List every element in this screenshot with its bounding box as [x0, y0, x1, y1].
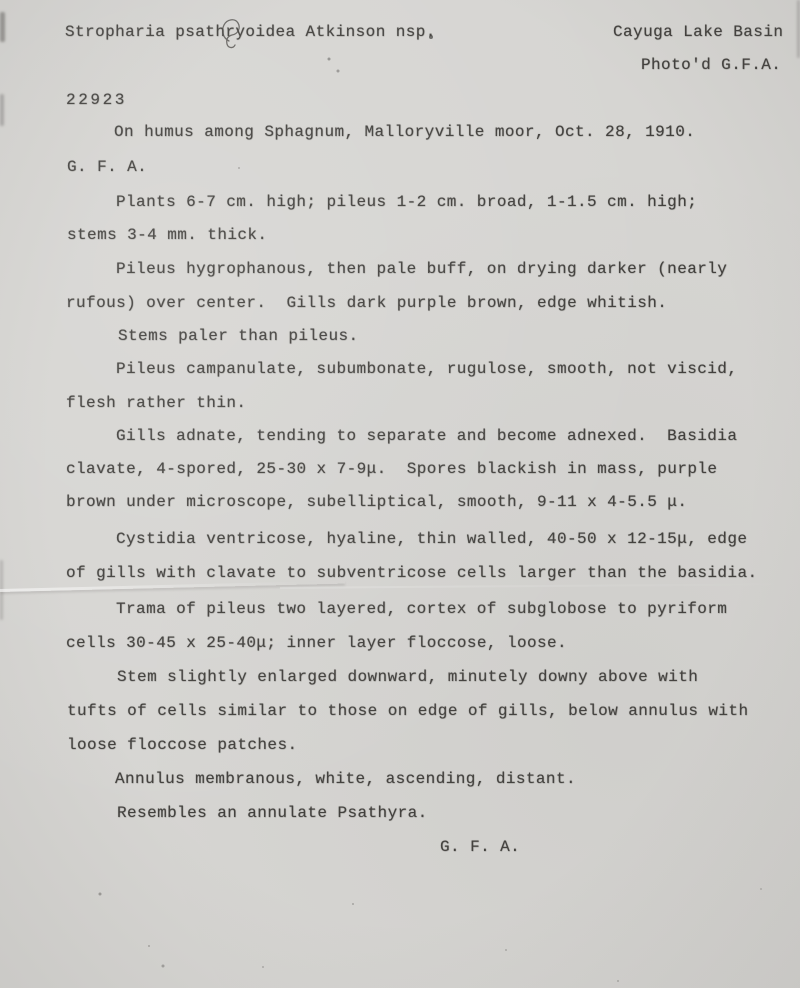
description-line: On humus among Sphagnum, Malloryville mo…: [114, 122, 695, 142]
description-line: Cystidia ventricose, hyaline, thin walle…: [116, 529, 747, 549]
scan-edge-smudge: [0, 12, 5, 42]
ink-specks: [0, 0, 2, 2]
collector-initials: G. F. A.: [67, 157, 147, 177]
description-line: Pileus hygrophanous, then pale buff, on …: [116, 259, 727, 279]
description-line: Trama of pileus two layered, cortex of s…: [116, 599, 727, 619]
description-line: stems 3-4 mm. thick.: [67, 225, 267, 245]
closing-signature: G. F. A.: [440, 837, 520, 857]
description-line: cells 30-45 x 25-40μ; inner layer flocco…: [66, 633, 567, 653]
scan-edge-smudge: [0, 94, 4, 126]
region-label: Cayuga Lake Basin: [613, 22, 783, 42]
description-line: loose floccose patches.: [67, 735, 298, 755]
description-line: Plants 6-7 cm. high; pileus 1-2 cm. broa…: [116, 192, 697, 212]
description-line: Stems paler than pileus.: [118, 326, 359, 346]
species-title-post: yoidea Atkinson nsp.: [235, 23, 435, 41]
species-title-pre: Stropharia psath: [65, 23, 225, 41]
description-line: flesh rather thin.: [66, 393, 246, 413]
handwritten-loop-annotation: r: [225, 22, 235, 42]
description-line: of gills with clavate to subventricose c…: [66, 563, 758, 583]
description-line: rufous) over center. Gills dark purple b…: [66, 293, 667, 313]
description-line: Annulus membranous, white, ascending, di…: [115, 769, 576, 789]
description-line: tufts of cells similar to those on edge …: [67, 701, 748, 721]
species-title: Stropharia psathryoidea Atkinson nsp.: [65, 22, 436, 42]
description-line: Pileus campanulate, subumbonate, rugulos…: [116, 359, 737, 379]
paper-crease: [280, 583, 800, 589]
description-line: Gills adnate, tending to separate and be…: [116, 426, 737, 446]
specimen-sheet: Stropharia psathryoidea Atkinson nsp. Ca…: [0, 0, 800, 988]
description-line: Resembles an annulate Psathyra.: [117, 803, 428, 823]
photo-credit: Photo'd G.F.A.: [641, 55, 781, 75]
description-line: brown under microscope, subelliptical, s…: [66, 492, 687, 512]
specimen-number: 22923: [66, 90, 127, 110]
description-line: Stem slightly enlarged downward, minutel…: [117, 667, 698, 687]
circled-letter: r: [225, 23, 235, 41]
description-line: clavate, 4-spored, 25-30 x 7-9μ. Spores …: [66, 459, 717, 479]
